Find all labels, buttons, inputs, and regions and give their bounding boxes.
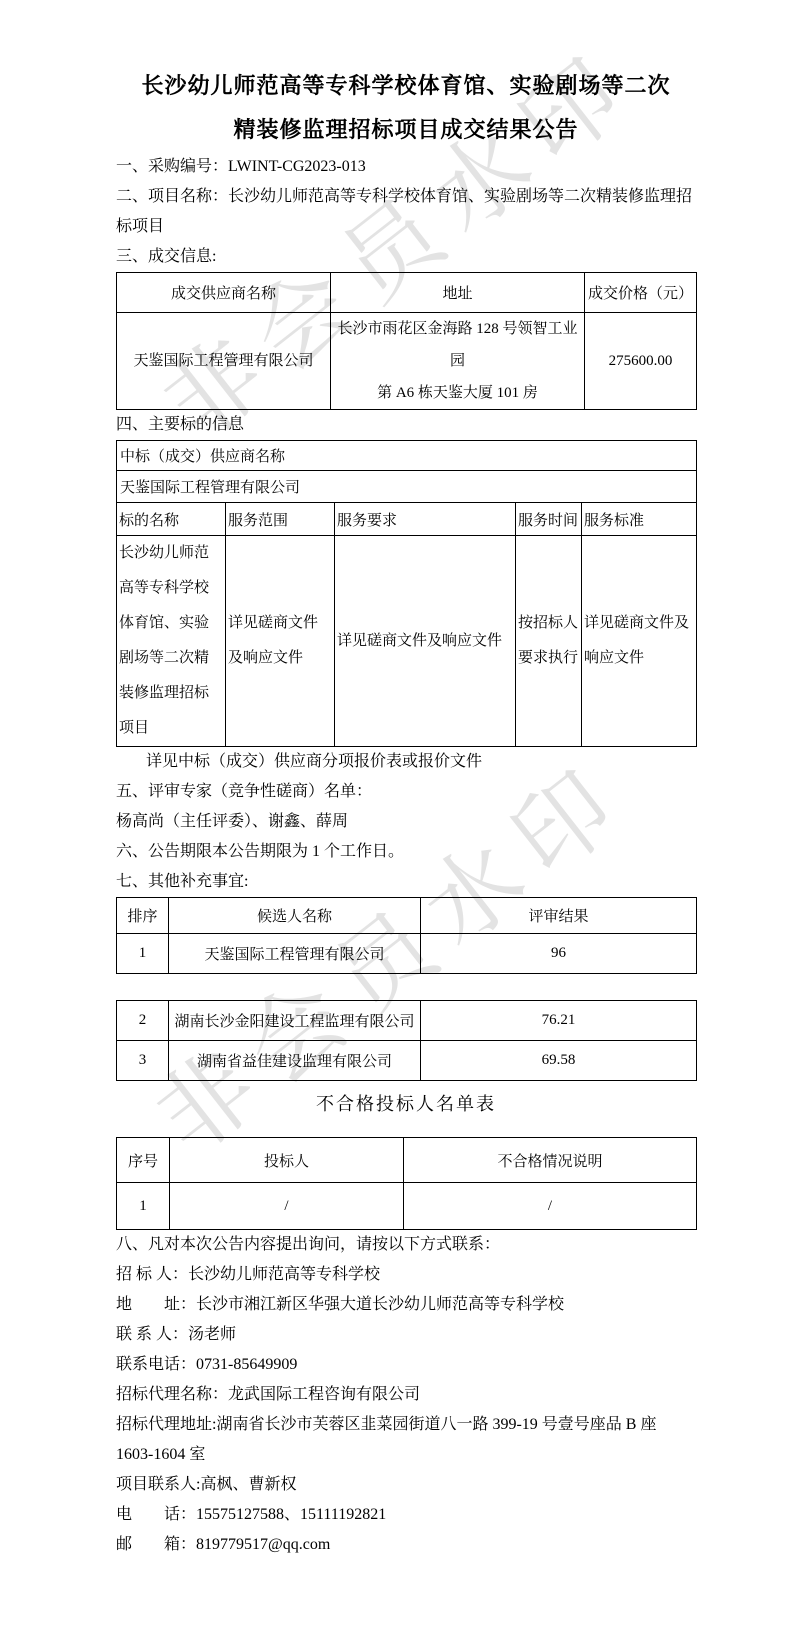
candidates-header-row: 排序 候选人名称 评审结果 <box>117 898 697 934</box>
subject-col-requirement: 服务要求 <box>335 503 516 536</box>
unqualified-col-no: 序号 <box>117 1138 170 1183</box>
candidate-1-name: 天鉴国际工程管理有限公司 <box>169 934 421 974</box>
subject-supplier-label: 中标（成交）供应商名称 <box>117 441 697 471</box>
deal-col-supplier: 成交供应商名称 <box>117 273 331 313</box>
agent-address-line-2: 1603-1604 室 <box>116 1440 696 1470</box>
deal-table-header-row: 成交供应商名称 地址 成交价格（元） <box>117 273 697 313</box>
unqualified-1-bidder: / <box>170 1183 404 1230</box>
heading-other-matters: 七、其他补充事宜: <box>116 867 696 897</box>
para-procurement-number: 一、采购编号：LWINT-CG2023-013 <box>116 152 696 182</box>
candidate-2-rank: 2 <box>117 1001 169 1041</box>
candidate-2-name: 湖南长沙金阳建设工程监理有限公司 <box>169 1001 421 1041</box>
unqualified-list-title: 不合格投标人名单表 <box>116 1087 696 1121</box>
candidates-col-rank: 排序 <box>117 898 169 934</box>
contact-person: 联 系 人：汤老师 <box>116 1320 696 1350</box>
candidates-col-score: 评审结果 <box>421 898 697 934</box>
heading-subject-info: 四、主要标的信息 <box>116 410 696 440</box>
candidate-row-1: 1 天鉴国际工程管理有限公司 96 <box>117 934 697 974</box>
candidate-1-rank: 1 <box>117 934 169 974</box>
subject-header-row: 标的名称 服务范围 服务要求 服务时间 服务标准 <box>117 503 697 536</box>
unqualified-col-bidder: 投标人 <box>170 1138 404 1183</box>
candidates-table-continued: 2 湖南长沙金阳建设工程监理有限公司 76.21 3 湖南省益佳建设监理有限公司… <box>116 1000 697 1081</box>
contact-block: 招 标 人：长沙幼儿师范高等专科学校 地 址：长沙市湘江新区华强大道长沙幼儿师范… <box>116 1260 696 1560</box>
document-title: 长沙幼儿师范高等专科学校体育馆、实验剧场等二次 精装修监理招标项目成交结果公告 <box>116 64 696 152</box>
candidate-3-name: 湖南省益佳建设监理有限公司 <box>169 1041 421 1081</box>
subject-standard-value: 详见磋商文件及响应文件 <box>582 536 697 747</box>
subject-col-name: 标的名称 <box>117 503 226 536</box>
heading-deal-info: 三、成交信息: <box>116 242 696 272</box>
para-price-note: 详见中标（成交）供应商分项报价表或报价文件 <box>116 747 696 777</box>
candidates-table: 排序 候选人名称 评审结果 1 天鉴国际工程管理有限公司 96 <box>116 897 697 974</box>
para-project-name: 二、项目名称：长沙幼儿师范高等专科学校体育馆、实验剧场等二次精装修监理招标项目 <box>116 182 696 242</box>
subject-data-row: 长沙幼儿师范高等专科学校体育馆、实验剧场等二次精装修监理招标项目 详见磋商文件及… <box>117 536 697 747</box>
para-announcement-period: 六、公告期限本公告期限为 1 个工作日。 <box>116 837 696 867</box>
heading-experts: 五、评审专家（竞争性磋商）名单： <box>116 777 696 807</box>
candidate-row-2: 2 湖南长沙金阳建设工程监理有限公司 76.21 <box>117 1001 697 1041</box>
contact-address: 地 址：长沙市湘江新区华强大道长沙幼儿师范高等专科学校 <box>116 1290 696 1320</box>
deal-supplier-name: 天鉴国际工程管理有限公司 <box>117 313 331 410</box>
subject-time-value: 按招标人要求执行 <box>516 536 582 747</box>
unqualified-1-no: 1 <box>117 1183 170 1230</box>
project-contacts: 项目联系人:高枫、曹新权 <box>116 1470 696 1500</box>
contact-tenderer: 招 标 人：长沙幼儿师范高等专科学校 <box>116 1260 696 1290</box>
candidate-1-score: 96 <box>421 934 697 974</box>
deal-supplier-address: 长沙市雨花区金海路 128 号领智工业园 第 A6 栋天鉴大厦 101 房 <box>331 313 585 410</box>
document-title-line-2: 精装修监理招标项目成交结果公告 <box>233 117 578 142</box>
subject-col-standard: 服务标准 <box>582 503 697 536</box>
candidate-3-rank: 3 <box>117 1041 169 1081</box>
project-email: 邮 箱：819779517@qq.com <box>116 1530 696 1560</box>
subject-scope-value: 详见磋商文件及响应文件 <box>226 536 335 747</box>
document-content: 长沙幼儿师范高等专科学校体育馆、实验剧场等二次 精装修监理招标项目成交结果公告 … <box>116 64 696 1560</box>
unqualified-table: 序号 投标人 不合格情况说明 1 / / <box>116 1137 697 1230</box>
project-phone: 电 话：15575127588、15111192821 <box>116 1500 696 1530</box>
unqualified-col-reason: 不合格情况说明 <box>404 1138 697 1183</box>
subject-supplier-label-row: 中标（成交）供应商名称 <box>117 441 697 471</box>
candidate-row-3: 3 湖南省益佳建设监理有限公司 69.58 <box>117 1041 697 1081</box>
unqualified-header-row: 序号 投标人 不合格情况说明 <box>117 1138 697 1183</box>
subject-col-scope: 服务范围 <box>226 503 335 536</box>
subject-supplier-name-row: 天鉴国际工程管理有限公司 <box>117 471 697 503</box>
unqualified-1-reason: / <box>404 1183 697 1230</box>
deal-price: 275600.00 <box>585 313 697 410</box>
page-break-gap <box>116 974 696 1000</box>
subject-col-time: 服务时间 <box>516 503 582 536</box>
heading-contact: 八、凡对本次公告内容提出询问，请按以下方式联系： <box>116 1230 696 1260</box>
subject-table: 中标（成交）供应商名称 天鉴国际工程管理有限公司 标的名称 服务范围 服务要求 … <box>116 440 697 747</box>
subject-requirement-value: 详见磋商文件及响应文件 <box>335 536 516 747</box>
subject-name-value: 长沙幼儿师范高等专科学校体育馆、实验剧场等二次精装修监理招标项目 <box>117 536 226 747</box>
para-expert-names: 杨高尚（主任评委）、谢鑫、薛周 <box>116 807 696 837</box>
unqualified-row-1: 1 / / <box>117 1183 697 1230</box>
agent-name: 招标代理名称：龙武国际工程咨询有限公司 <box>116 1380 696 1410</box>
contact-phone: 联系电话：0731-85649909 <box>116 1350 696 1380</box>
candidate-2-score: 76.21 <box>421 1001 697 1041</box>
subject-supplier-name: 天鉴国际工程管理有限公司 <box>117 471 697 503</box>
document-page: 非会员水印 非会员水印 长沙幼儿师范高等专科学校体育馆、实验剧场等二次 精装修监… <box>0 0 793 1635</box>
candidate-3-score: 69.58 <box>421 1041 697 1081</box>
agent-address-line-1: 招标代理地址:湖南省长沙市芙蓉区韭菜园街道八一路 399-19 号壹号座品 B … <box>116 1410 696 1440</box>
deal-col-address: 地址 <box>331 273 585 313</box>
deal-col-price: 成交价格（元） <box>585 273 697 313</box>
deal-table: 成交供应商名称 地址 成交价格（元） 天鉴国际工程管理有限公司 长沙市雨花区金海… <box>116 272 697 410</box>
candidates-col-name: 候选人名称 <box>169 898 421 934</box>
document-title-line-1: 长沙幼儿师范高等专科学校体育馆、实验剧场等二次 <box>141 73 670 98</box>
deal-table-row: 天鉴国际工程管理有限公司 长沙市雨花区金海路 128 号领智工业园 第 A6 栋… <box>117 313 697 410</box>
